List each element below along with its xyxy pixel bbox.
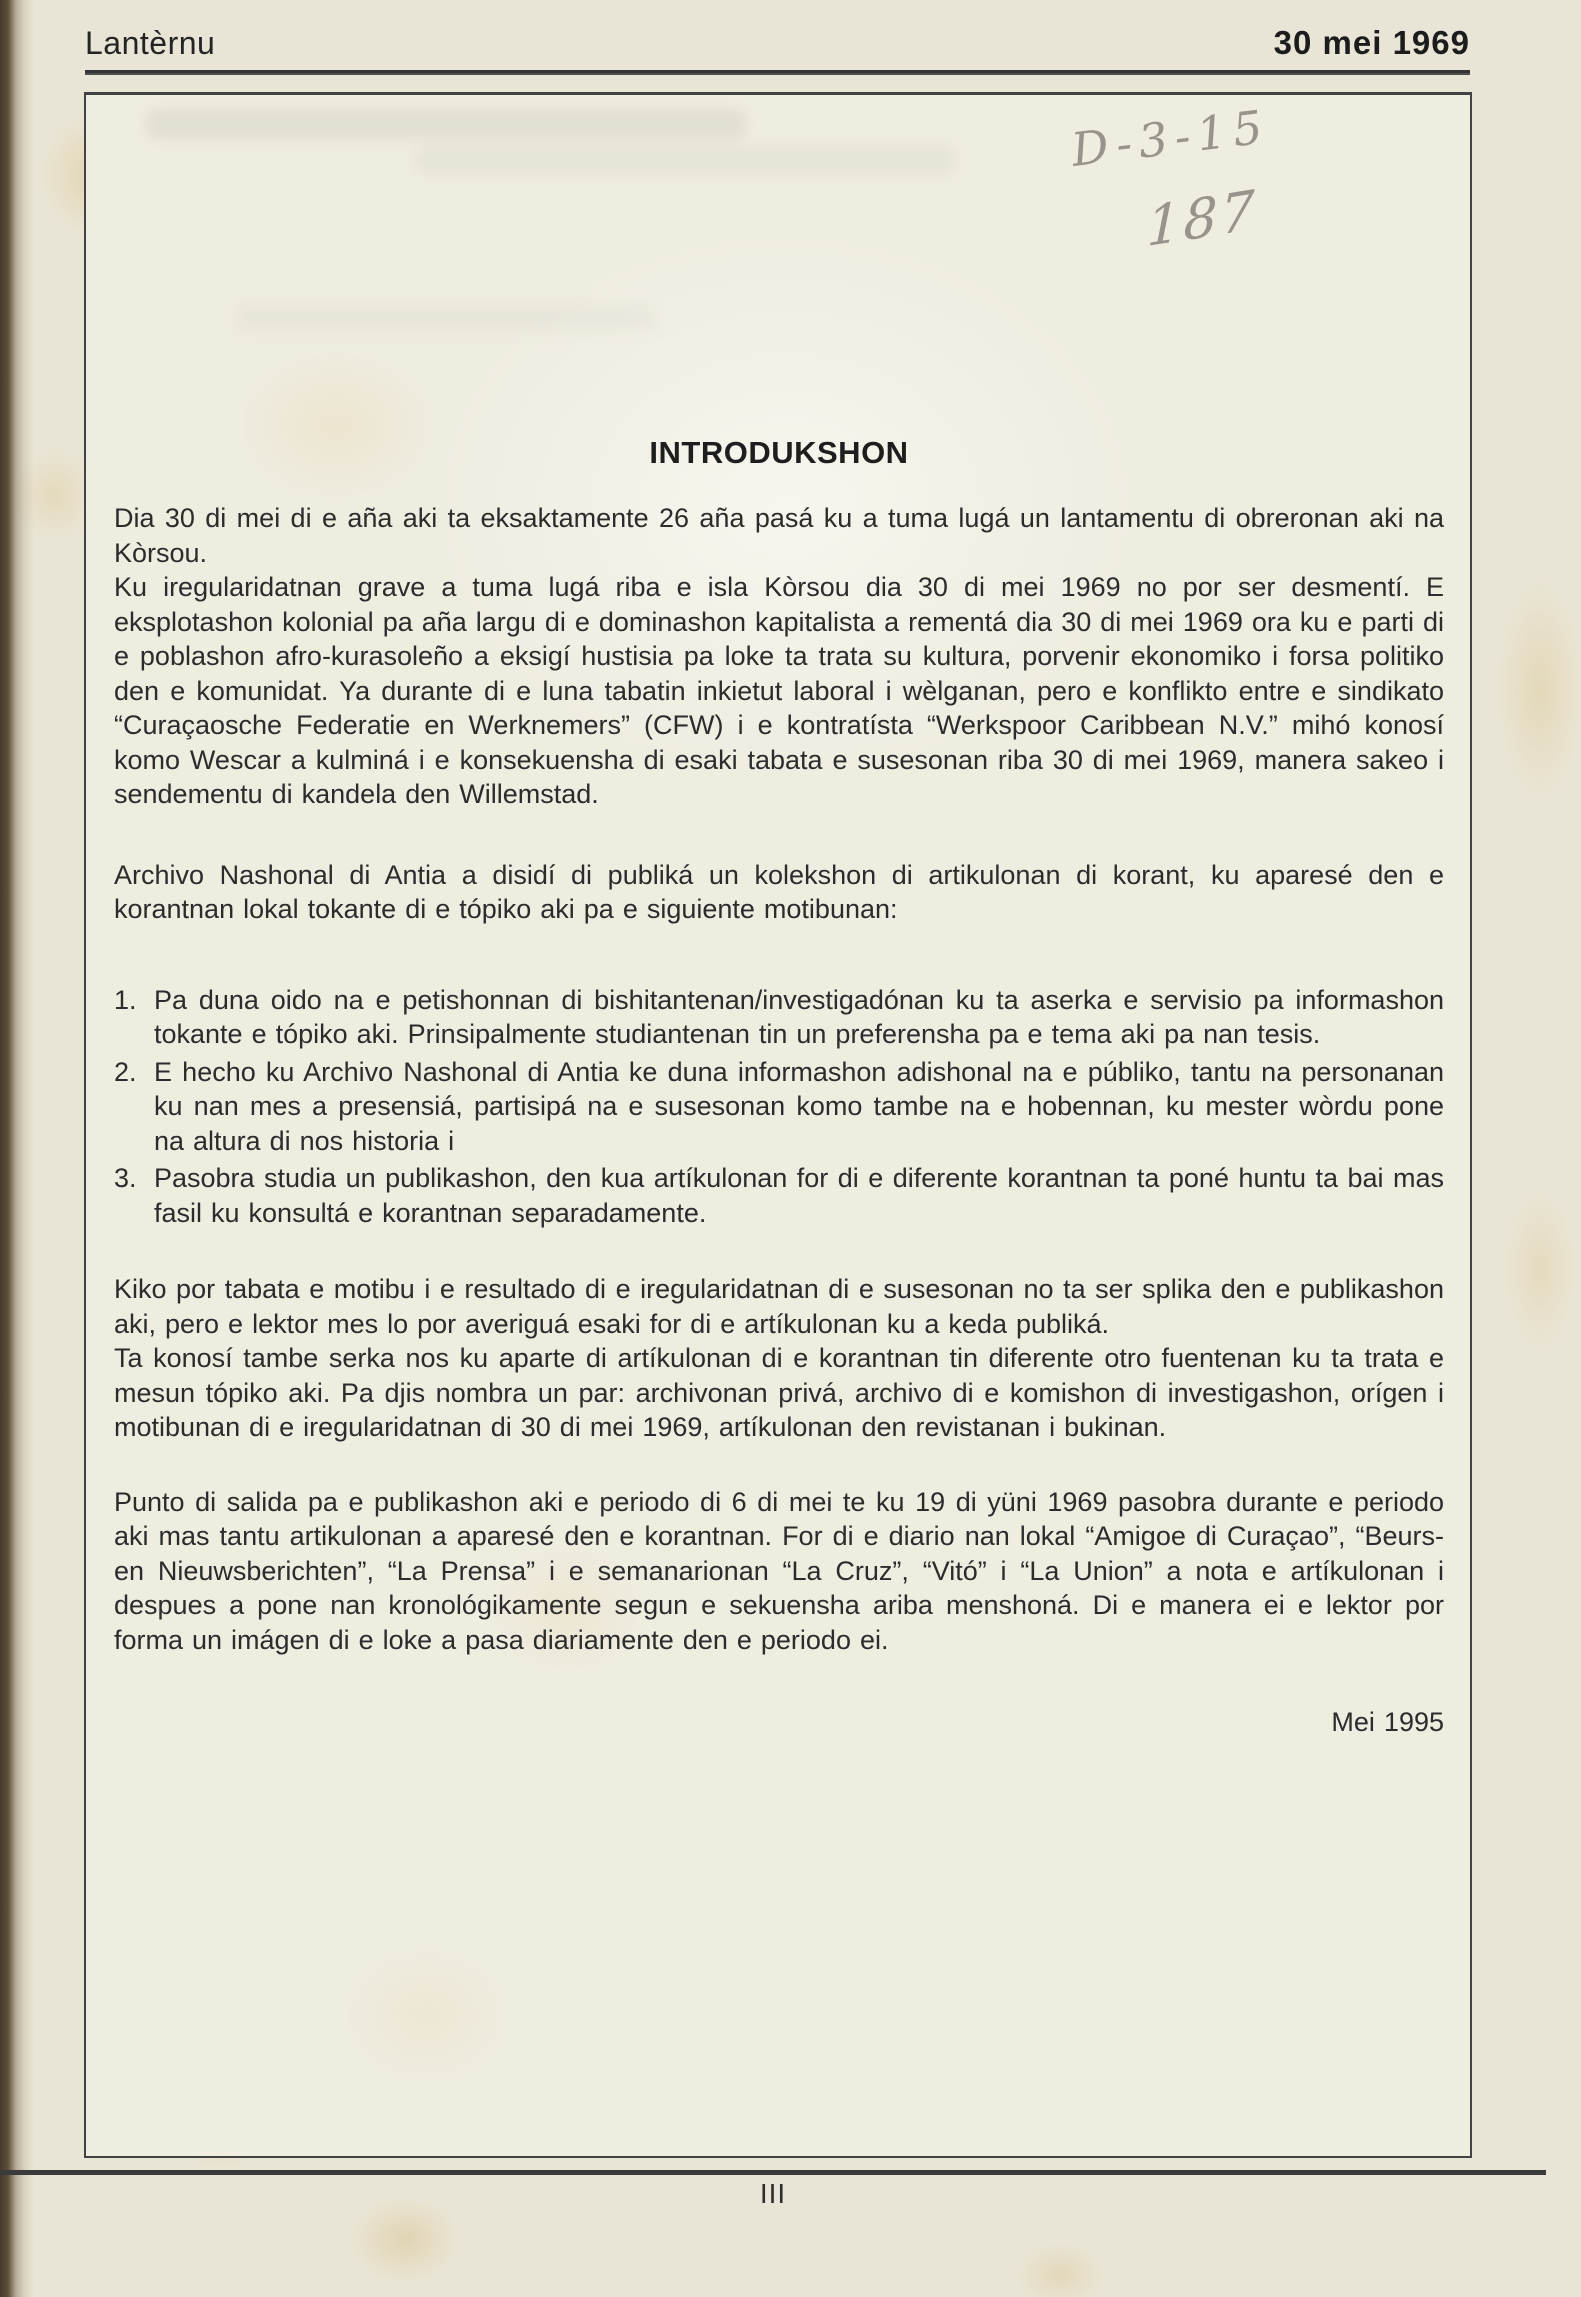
list-item: 1. Pa duna oido na e petishonnan di bish… xyxy=(114,983,1444,1052)
journal-title: Lantèrnu xyxy=(85,25,215,62)
paragraph-4: Ta konosí tambe serka nos ku aparte di a… xyxy=(114,1341,1444,1445)
list-item-text: E hecho ku Archivo Nashonal di Antia ke … xyxy=(154,1055,1444,1159)
list-item-marker: 2. xyxy=(114,1055,154,1159)
page-header: Lantèrnu 30 mei 1969 xyxy=(85,24,1470,62)
document-body: Dia 30 di mei di e aña aki ta eksaktamen… xyxy=(114,501,1444,1740)
section-title: INTRODUKSHON xyxy=(114,435,1444,471)
page-number: III xyxy=(0,2178,1546,2210)
handwritten-archive-code: D-3-15 xyxy=(1068,99,1272,177)
book-spine-shadow xyxy=(0,0,34,2297)
issue-date: 30 mei 1969 xyxy=(1274,24,1470,62)
list-item: 2. E hecho ku Archivo Nashonal di Antia … xyxy=(114,1055,1444,1159)
ink-bleed-ghost xyxy=(236,305,656,331)
content-box: D-3-15 187 INTRODUKSHON Dia 30 di mei di… xyxy=(84,92,1472,2158)
scanned-document-page: Lantèrnu 30 mei 1969 D-3-15 187 INTRODUK… xyxy=(0,0,1581,2297)
ink-bleed-ghost xyxy=(416,147,956,173)
footer-rule xyxy=(0,2170,1546,2175)
list-item: 3. Pasobra studia un publikashon, den ku… xyxy=(114,1161,1444,1230)
numbered-list: 1. Pa duna oido na e petishonnan di bish… xyxy=(114,983,1444,1231)
paragraph-1: Dia 30 di mei di e aña aki ta eksaktamen… xyxy=(114,501,1444,570)
list-item-text: Pasobra studia un publikashon, den kua a… xyxy=(154,1161,1444,1230)
handwritten-page-number: 187 xyxy=(1146,178,1258,259)
list-item-marker: 1. xyxy=(114,983,154,1052)
paragraph-5: Punto di salida pa e publikashon aki e p… xyxy=(114,1485,1444,1658)
header-rule xyxy=(85,70,1470,74)
paragraph-2: Ku iregularidatnan grave a tuma lugá rib… xyxy=(114,570,1444,812)
list-item-text: Pa duna oido na e petishonnan di bishita… xyxy=(154,983,1444,1052)
ink-bleed-ghost xyxy=(146,109,746,139)
signature-date: Mei 1995 xyxy=(114,1705,1444,1740)
paragraph-3: Kiko por tabata e motibu i e resultado d… xyxy=(114,1272,1444,1341)
list-item-marker: 3. xyxy=(114,1161,154,1230)
paragraph-lead: Archivo Nashonal di Antia a disidí di pu… xyxy=(114,858,1444,927)
